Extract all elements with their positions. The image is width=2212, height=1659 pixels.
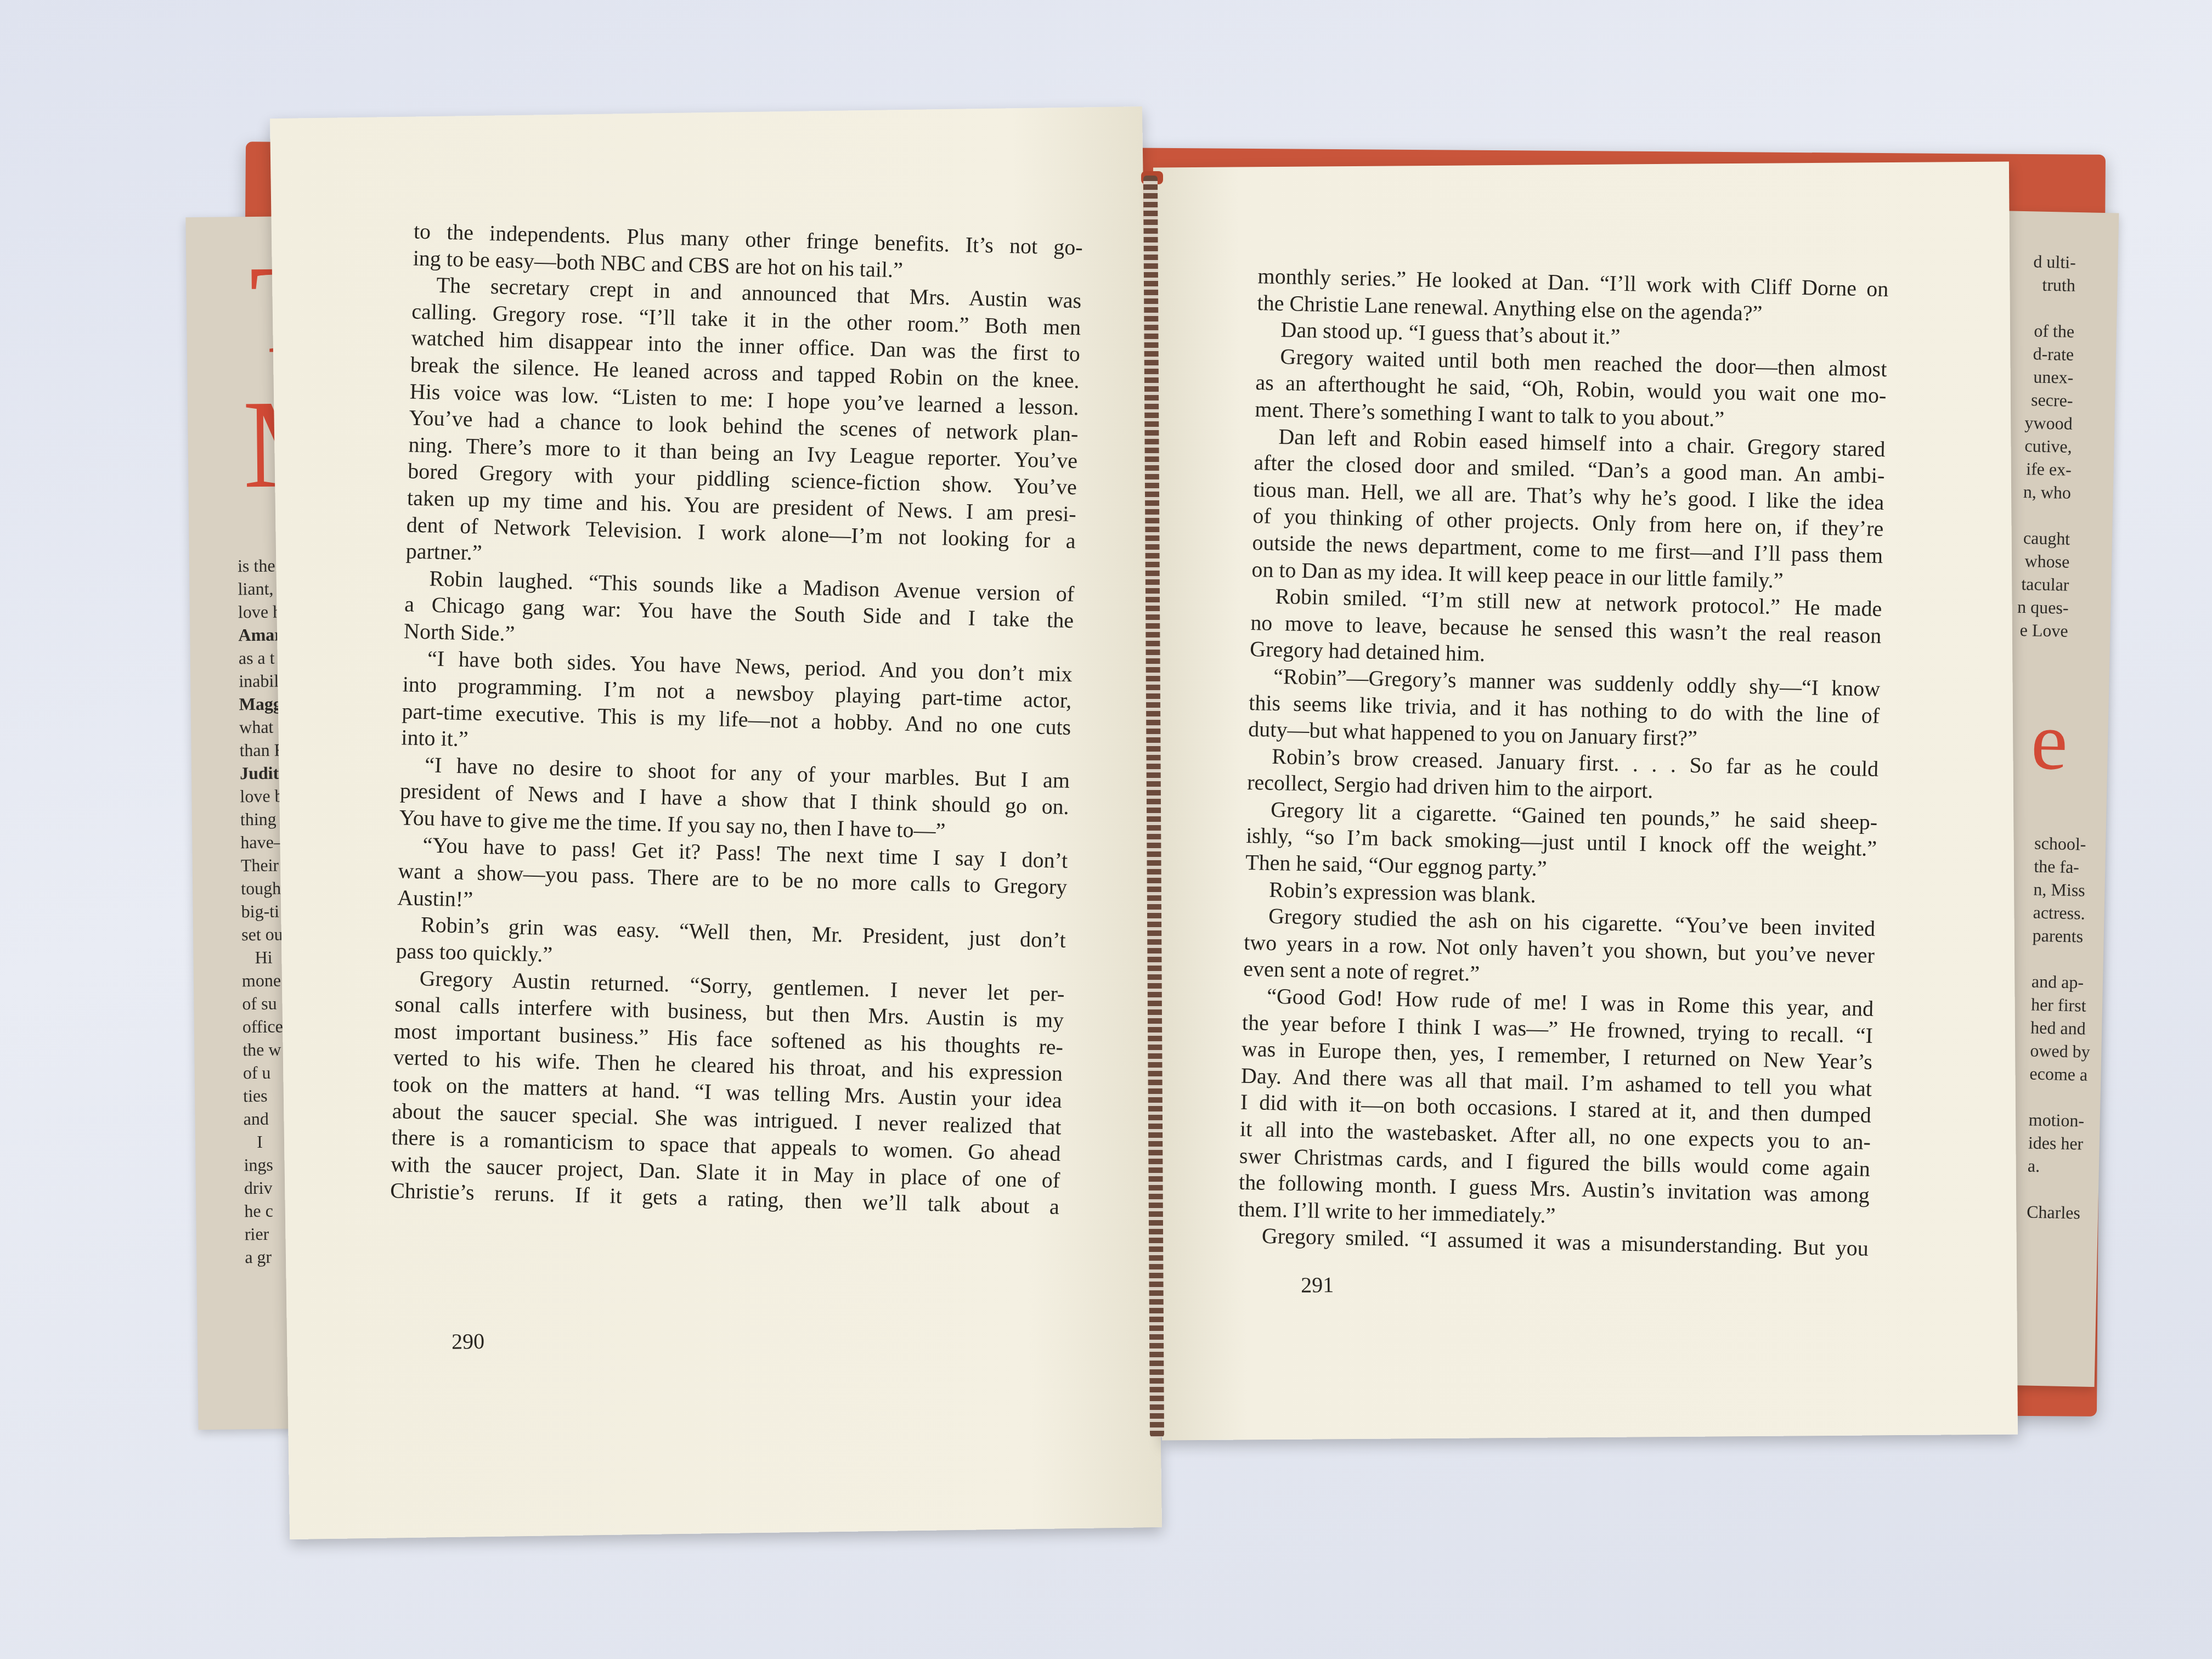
jacket-text-line: tacular: [2018, 572, 2069, 596]
jacket-text-line: secre-: [2022, 388, 2073, 412]
right-page: monthly series.” He looked at Dan. “I’ll…: [1153, 162, 2018, 1441]
jacket-text-line: a.: [2028, 1154, 2088, 1178]
jacket-text-line: d-rate: [2023, 342, 2074, 366]
jacket-title-letter-e: e: [2030, 678, 2069, 804]
jacket-text-line: n, Miss: [2033, 878, 2093, 902]
jacket-text-line: e Love: [2017, 618, 2068, 642]
jacket-text-line: parents: [2032, 924, 2092, 948]
left-page-body-text: to the independents. Plus many other fri…: [390, 218, 1084, 1221]
jacket-text-line: Charles: [2027, 1200, 2087, 1224]
jacket-text-line: of the: [2023, 319, 2074, 343]
jacket-text-line: n ques-: [2017, 595, 2069, 619]
jacket-text-line: ife ex-: [2020, 457, 2072, 481]
jacket-text-line: caught: [2019, 526, 2070, 550]
jacket-text-line: [2027, 1177, 2087, 1201]
right-page-body-text: monthly series.” He looked at Dan. “I’ll…: [1237, 263, 1888, 1262]
jacket-text-line: and ap-: [2032, 970, 2092, 994]
jacket-text-line: actress.: [2033, 901, 2093, 925]
jacket-text-line: unex-: [2022, 365, 2074, 389]
jacket-text-line: ywood: [2021, 411, 2073, 435]
jacket-text-line: [2019, 503, 2070, 527]
jacket-text-line: [2023, 296, 2075, 320]
photo-scene: T M is theliant,love hAmaras a tinabilMa…: [0, 0, 2212, 1659]
jacket-text-line: ecome a: [2029, 1062, 2090, 1086]
jacket-text-line: [2029, 1085, 2089, 1109]
jacket-right-blurb-bottom: school-the fa-n, Missactress.parents and…: [2027, 832, 2095, 1224]
jacket-text-line: n, who: [2019, 480, 2071, 504]
jacket-text-line: her first: [2031, 993, 2091, 1017]
jacket-text-line: owed by: [2030, 1039, 2090, 1063]
jacket-text-line: truth: [2024, 273, 2075, 297]
jacket-text-line: motion-: [2028, 1108, 2089, 1132]
jacket-right-blurb-top: d ulti-truth of thed-rateunex-secre-ywoo…: [2017, 250, 2076, 642]
page-number-291: 291: [1301, 1272, 1334, 1297]
jacket-text-line: cutive,: [2021, 434, 2072, 458]
jacket-text-line: ides her: [2028, 1131, 2088, 1155]
jacket-text-line: school-: [2034, 832, 2095, 856]
left-page: to the independents. Plus many other fri…: [270, 106, 1162, 1539]
jacket-text-line: whose: [2018, 549, 2070, 573]
page-number-290: 290: [452, 1328, 485, 1355]
jacket-text-line: d ulti-: [2024, 250, 2076, 274]
jacket-text-line: hed and: [2030, 1016, 2091, 1040]
jacket-text-line: [2032, 947, 2092, 971]
jacket-text-line: the fa-: [2034, 855, 2094, 879]
